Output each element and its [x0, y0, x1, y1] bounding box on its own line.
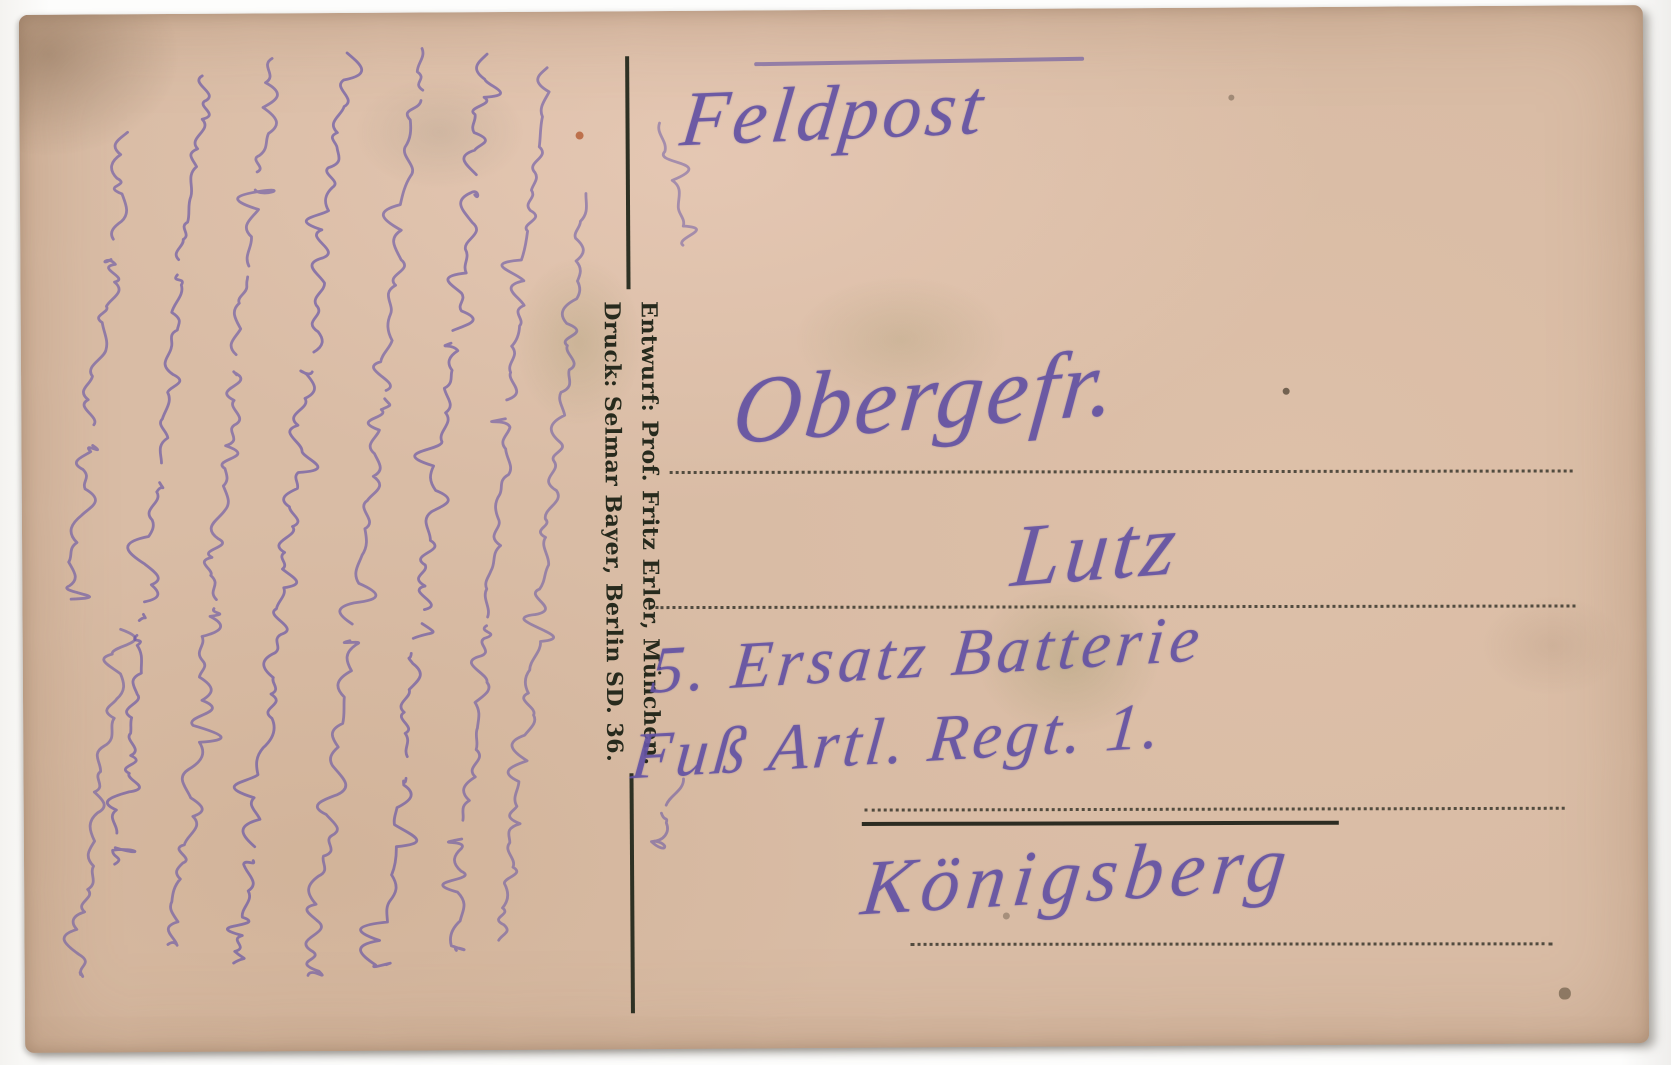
center-divider-bottom: [629, 773, 634, 1013]
ink-specks: [19, 15, 23, 19]
postcard: Entwurf: Prof. Fritz Erler, München. Dru…: [19, 5, 1649, 1053]
address-rule-3: [865, 807, 1565, 812]
handwritten-message: [19, 5, 1649, 1053]
handwritten-feldpost: Feldpost: [676, 61, 991, 164]
address-rule-4: [911, 942, 1553, 946]
scanner-background: Entwurf: Prof. Fritz Erler, München. Dru…: [0, 0, 1671, 1065]
paper-stains: [19, 5, 1649, 1053]
handwritten-name: Lutz: [1007, 494, 1184, 609]
handwritten-rank: Obergefr.: [728, 326, 1123, 466]
handwritten-city: Königsberg: [857, 818, 1298, 934]
center-divider-top: [625, 56, 630, 289]
address-rule-1: [670, 469, 1573, 474]
imprint-line-druck: Druck: Selmar Bayer, Berlin SD. 36.: [593, 301, 633, 773]
